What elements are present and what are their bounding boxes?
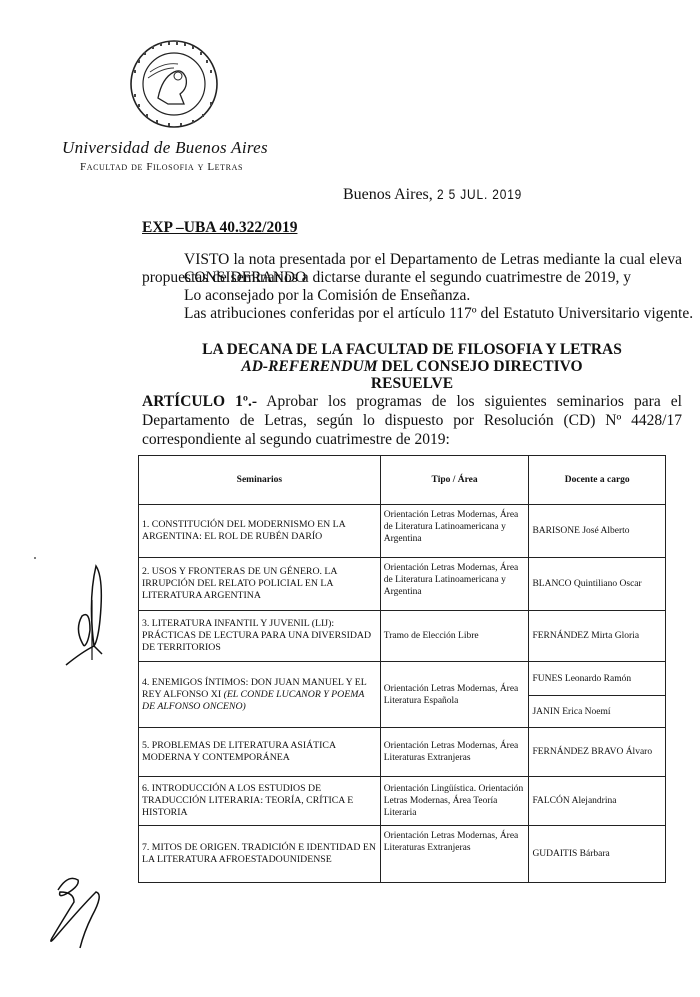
seminario-cell: 5. PROBLEMAS DE LITERATURA ASIÁTICA MODE… [139,728,381,777]
seminars-table: Seminarios Tipo / Área Docente a cargo 1… [138,455,666,883]
tipo-cell: Orientación Letras Modernas, Área Litera… [380,662,529,728]
heading-line-1: LA DECANA DE LA FACULTAD DE FILOSOFIA Y … [142,341,682,358]
docente-cell: FALCÓN Alejandrina [529,777,666,826]
seminario-cell: 4. ENEMIGOS ÍNTIMOS: DON JUAN MANUEL Y E… [139,662,381,728]
header-docente: Docente a cargo [529,456,666,505]
table-row: 1. CONSTITUCIÓN DEL MODERNISMO EN LA ARG… [139,505,666,558]
header-seminarios: Seminarios [139,456,381,505]
expediente-number: EXP –UBA 40.322/2019 [142,219,297,237]
table-row: 7. MITOS DE ORIGEN. TRADICIÓN E IDENTIDA… [139,826,666,883]
faculty-name: Facultad de Filosofia y Letras [80,161,243,173]
table-row: 6. INTRODUCCIÓN A LOS ESTUDIOS DE TRADUC… [139,777,666,826]
seminario-cell: 1. CONSTITUCIÓN DEL MODERNISMO EN LA ARG… [139,505,381,558]
articulo-label: ARTÍCULO 1º.- [142,393,257,410]
date-stamp: 2 5 JUL. 2019 [437,186,522,202]
date-line: Buenos Aires, 2 5 JUL. 2019 [343,186,537,204]
tipo-cell: Orientación Letras Modernas, Área de Lit… [380,505,529,558]
heading-line-2-rest: DEL CONSEJO DIRECTIVO [377,358,582,375]
considerando-item-1: Lo aconsejado por la Comisión de Enseñan… [184,287,470,305]
tipo-cell: Orientación Lingüística. Orientación Let… [380,777,529,826]
header-tipo-area: Tipo / Área [380,456,529,505]
considerando-heading: CONSIDERANDO [184,269,306,287]
tipo-cell: Orientación Letras Modernas, Área Litera… [380,728,529,777]
tipo-cell: Orientación Letras Modernas, Área de Lit… [380,558,529,611]
docente-cell: FERNÁNDEZ BRAVO Álvaro [529,728,666,777]
articulo-1: ARTÍCULO 1º.- Aprobar los programas de l… [142,392,682,449]
table-header-row: Seminarios Tipo / Área Docente a cargo [139,456,666,505]
seminario-cell: 2. USOS Y FRONTERAS DE UN GÉNERO. LA IRR… [139,558,381,611]
tipo-cell: Orientación Letras Modernas, Área Litera… [380,826,529,883]
seminario-cell: 3. LITERATURA INFANTIL Y JUVENIL (LIJ): … [139,611,381,662]
docente-cell: FUNES Leonardo Ramón [529,662,666,696]
docente-cell: BLANCO Quintiliano Oscar [529,558,666,611]
heading-line-2: AD-REFERENDUM DEL CONSEJO DIRECTIVO [142,358,682,375]
docente-cell: JANIN Erica Noemí [529,696,666,728]
docente-cell: GUDAITIS Bárbara [529,826,666,883]
signature-initial-1-icon [60,560,110,670]
seminario-cell: 6. INTRODUCCIÓN A LOS ESTUDIOS DE TRADUC… [139,777,381,826]
docente-cell: FERNÁNDEZ Mirta Gloria [529,611,666,662]
considerando-item-2: Las atribuciones conferidas por el artíc… [184,305,693,323]
docente-cell: BARISONE José Alberto [529,505,666,558]
ad-referendum: AD-REFERENDUM [241,358,377,375]
table-row: 3. LITERATURA INFANTIL Y JUVENIL (LIJ): … [139,611,666,662]
date-place: Buenos Aires, [343,186,433,203]
university-name: Universidad de Buenos Aires [62,138,268,158]
scan-speck [34,557,36,559]
table-row: 2. USOS Y FRONTERAS DE UN GÉNERO. LA IRR… [139,558,666,611]
seminario-cell: 7. MITOS DE ORIGEN. TRADICIÓN E IDENTIDA… [139,826,381,883]
tipo-cell: Tramo de Elección Libre [380,611,529,662]
university-seal-icon [128,38,220,130]
signature-initial-2-icon [44,872,104,952]
resolution-heading: LA DECANA DE LA FACULTAD DE FILOSOFIA Y … [142,341,682,392]
table-row: 5. PROBLEMAS DE LITERATURA ASIÁTICA MODE… [139,728,666,777]
table-row: 4. ENEMIGOS ÍNTIMOS: DON JUAN MANUEL Y E… [139,662,666,696]
heading-resuelve: RESUELVE [142,375,682,392]
